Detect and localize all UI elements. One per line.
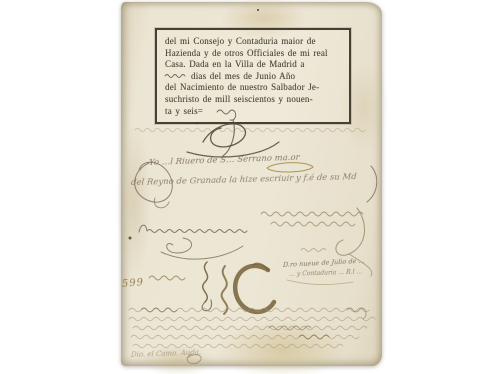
printed-line: del mi Consejo y Contaduria maior de bbox=[165, 36, 342, 48]
printed-line: ta y seis= bbox=[165, 106, 342, 118]
printed-line: Hazienda y de otros Officiales de mi rea… bbox=[165, 48, 342, 60]
closing-line: Dio. el Camo. Auda. bbox=[131, 349, 202, 359]
printed-line: del Nacimiento de nuestro Salbador Je- bbox=[165, 82, 342, 94]
account-number: 599 bbox=[122, 277, 145, 290]
faint-scrawl-line bbox=[135, 128, 365, 132]
manuscript-photo: del mi Consejo y Contaduria maior de Haz… bbox=[0, 0, 500, 374]
left-signature-flourish bbox=[139, 225, 247, 259]
account-paraph bbox=[149, 262, 212, 311]
faded-paragraph-lines bbox=[129, 308, 375, 348]
small-scrawl bbox=[301, 249, 326, 252]
printed-line-with-manuscript-day: dias del mes de Junio Año bbox=[165, 71, 342, 83]
marginal-note-line-1: D.ro nueue de Julio de … bbox=[283, 257, 365, 269]
royal-signature-flourish bbox=[187, 120, 279, 157]
paper-stain bbox=[217, 320, 347, 374]
printed-line: Casa. Dada en la Villa de Madrid a bbox=[165, 59, 342, 71]
note-underline-sweep bbox=[287, 280, 353, 285]
paper-stain bbox=[117, 122, 151, 282]
name-underline-oval bbox=[267, 163, 313, 172]
printed-line: suchristo de mill seiscientos y nouen- bbox=[165, 94, 342, 106]
manuscript-page: del mi Consejo y Contaduria maior de Haz… bbox=[121, 2, 382, 366]
monogram-flourish bbox=[222, 264, 274, 314]
printed-text-box: del mi Consejo y Contaduria maior de Haz… bbox=[155, 28, 351, 124]
scribe-attestation-line-1: Yo …l Riuero de S… Serrano ma.or bbox=[149, 153, 300, 168]
right-margin-tail bbox=[367, 166, 377, 202]
marginal-note-line-2: … y Contaduria … R.l … bbox=[289, 268, 363, 278]
scribe-attestation-line-2: del Reyno de Granada la hize escriuir y … bbox=[131, 172, 357, 188]
